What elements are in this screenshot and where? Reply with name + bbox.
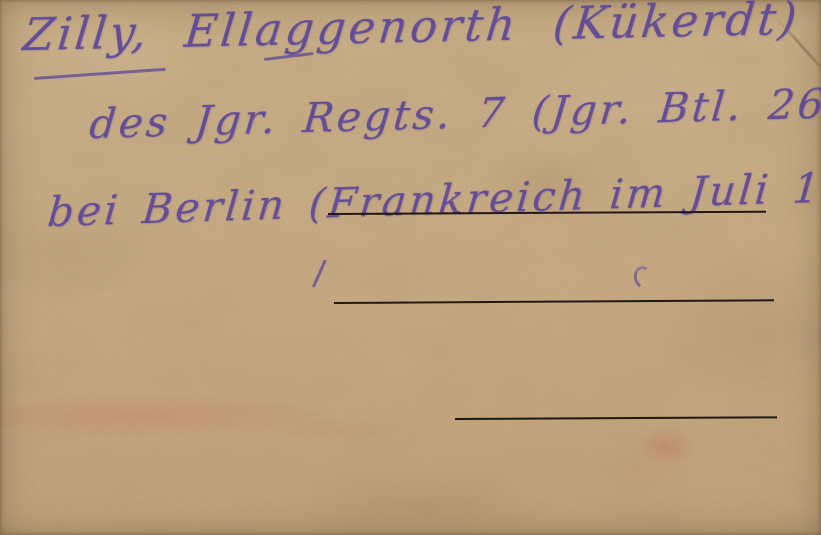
postcard-scan: Zilly, Ellaggenorth (Kükerdt) des Jgr. R… [0, 0, 821, 535]
handwriting-line-1: Zilly, Ellaggenorth (Kükerdt) [21, 0, 802, 61]
printed-line-2 [334, 299, 774, 304]
handwriting-line-3: bei Berlin (Frankreich im Juli 18. [46, 162, 821, 236]
printed-line-3 [455, 416, 777, 420]
grain-speckle-layer [0, 0, 821, 535]
ink-descender-tail-2 [631, 264, 655, 291]
ink-underline-flourish-1 [34, 68, 166, 80]
grain-blotch-layer [0, 0, 821, 535]
paper-grain-overlay [0, 0, 821, 535]
ink-descender-tail-1 [312, 259, 327, 288]
handwriting-line-2: des Jgr. Regts. 7 (Jgr. Btl. 26) [87, 79, 821, 148]
